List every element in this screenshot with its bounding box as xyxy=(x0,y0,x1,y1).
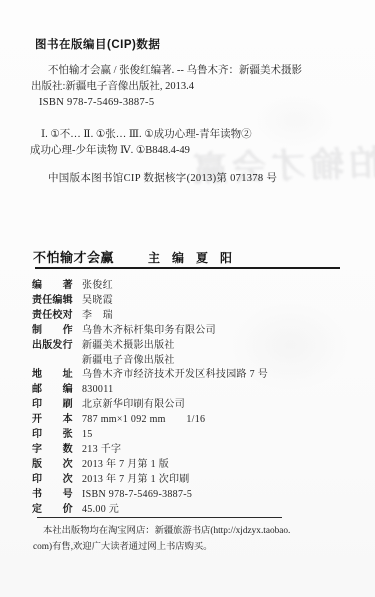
footer-note-line1: 本社出版物均在淘宝网店：新疆旅游书店(http://xjdzyx.taobao. xyxy=(43,524,303,540)
colophon-label: 地 址 xyxy=(32,368,76,383)
colophon-row: 印 张15 xyxy=(32,428,362,443)
colophon-value: 15 xyxy=(82,429,93,440)
colophon-value: ISBN 978-7-5469-3887-5 xyxy=(82,489,192,500)
colophon-label: 印 刷 xyxy=(32,398,76,413)
cip-classification-line2: 成功心理-少年读物 Ⅳ. ①B848.4-49 xyxy=(30,143,360,159)
colophon-label: 版 次 xyxy=(32,458,76,473)
colophon-row: 责任编辑吴晓霞 xyxy=(32,294,362,309)
cip-description-line1: 不怕输才会赢 / 张俊红编著. -- 乌鲁木齐：新疆美术摄影 xyxy=(48,63,361,79)
colophon-table: 编 著张俊红 责任编辑吴晓霞 责任校对李 瑞 制 作乌鲁木齐标杆集印务有限公司 … xyxy=(32,279,362,518)
colophon-value: 张俊红 xyxy=(82,280,113,291)
colophon-row: 出版发行新疆美术摄影出版社 xyxy=(32,339,362,354)
colophon-value: 830011 xyxy=(82,384,113,395)
title-row: 不怕输才会赢主 编 夏 阳 xyxy=(33,247,232,267)
colophon-value: 787 mm×1 092 mm 1/16 xyxy=(82,414,205,425)
cip-description: 不怕输才会赢 / 张俊红编著. -- 乌鲁木齐：新疆美术摄影 出版社:新疆电子音… xyxy=(31,63,361,111)
colophon-label: 字 数 xyxy=(32,443,76,458)
colophon-label: 印 次 xyxy=(32,473,76,488)
colophon-value: 2013 年 7 月第 1 版 xyxy=(82,459,169,470)
cip-record-number: 中国版本图书馆CIP 数据核字(2013)第 071378 号 xyxy=(48,170,277,185)
colophon-row: 制 作乌鲁木齐标杆集印务有限公司 xyxy=(32,324,362,339)
colophon-row: 邮 编830011 xyxy=(32,383,362,398)
footer-note: 本社出版物均在淘宝网店：新疆旅游书店(http://xjdzyx.taobao.… xyxy=(33,524,303,555)
book-title: 不怕输才会赢 xyxy=(33,250,114,265)
footer-note-line2: com)有售,欢迎广大读者通过网上书店购买。 xyxy=(33,540,303,556)
colophon-row: 印 刷北京新华印刷有限公司 xyxy=(32,398,362,413)
colophon-row: 新疆电子音像出版社 xyxy=(32,354,362,369)
colophon-value: 北京新华印刷有限公司 xyxy=(82,399,185,410)
colophon-value: 新疆电子音像出版社 xyxy=(82,355,175,366)
colophon-value: 45.00 元 xyxy=(82,504,119,515)
cip-classification-line1: Ⅰ. ①不… Ⅱ. ①张… Ⅲ. ①成功心理-青年读物② xyxy=(41,127,360,143)
colophon-row: 字 数213 千字 xyxy=(32,443,362,458)
footer-divider-rule xyxy=(37,517,282,518)
colophon-row: 地 址乌鲁木齐市经济技术开发区科技园路 7 号 xyxy=(32,368,362,383)
colophon-row: 编 著张俊红 xyxy=(32,279,362,294)
colophon-row: 版 次2013 年 7 月第 1 版 xyxy=(32,458,362,473)
cip-isbn-line: ISBN 978-7-5469-3887-5 xyxy=(39,95,361,111)
colophon-label: 责任校对 xyxy=(32,309,76,324)
colophon-label: 制 作 xyxy=(32,324,76,339)
cip-classification: Ⅰ. ①不… Ⅱ. ①张… Ⅲ. ①成功心理-青年读物② 成功心理-少年读物 Ⅳ… xyxy=(30,127,360,159)
colophon-value: 李 瑞 xyxy=(82,310,113,321)
colophon-label: 邮 编 xyxy=(32,383,76,398)
colophon-row: 印 次2013 年 7 月第 1 次印刷 xyxy=(32,473,362,488)
colophon-value: 213 千字 xyxy=(82,444,121,455)
colophon-label: 责任编辑 xyxy=(32,294,76,309)
chief-editor: 主 编 夏 阳 xyxy=(148,251,232,265)
colophon-row: 书 号ISBN 978-7-5469-3887-5 xyxy=(32,488,362,503)
colophon-label: 出版发行 xyxy=(32,339,76,354)
cip-section-header: 图书在版编目(CIP)数据 xyxy=(35,36,160,52)
colophon-row: 责任校对李 瑞 xyxy=(32,309,362,324)
colophon-value: 新疆美术摄影出版社 xyxy=(82,340,175,351)
colophon-label: 开 本 xyxy=(32,413,76,428)
colophon-label: 定 价 xyxy=(32,503,76,518)
cip-description-line2: 出版社:新疆电子音像出版社, 2013.4 xyxy=(31,79,361,95)
book-copyright-page: 不怕输才会赢 图书在版编目(CIP)数据 不怕输才会赢 / 张俊红编著. -- … xyxy=(0,0,375,597)
colophon-label: 编 著 xyxy=(32,279,76,294)
colophon-value: 2013 年 7 月第 1 次印刷 xyxy=(82,474,190,485)
colophon-label: 印 张 xyxy=(32,428,76,443)
colophon-row: 开 本787 mm×1 092 mm 1/16 xyxy=(32,413,362,428)
colophon-value: 乌鲁木齐市经济技术开发区科技园路 7 号 xyxy=(82,369,268,380)
colophon-label: 书 号 xyxy=(32,488,76,503)
colophon-value: 吴晓霞 xyxy=(82,295,113,306)
title-divider-rule xyxy=(35,267,340,269)
colophon-row: 定 价45.00 元 xyxy=(32,503,362,518)
colophon-value: 乌鲁木齐标杆集印务有限公司 xyxy=(82,325,216,336)
